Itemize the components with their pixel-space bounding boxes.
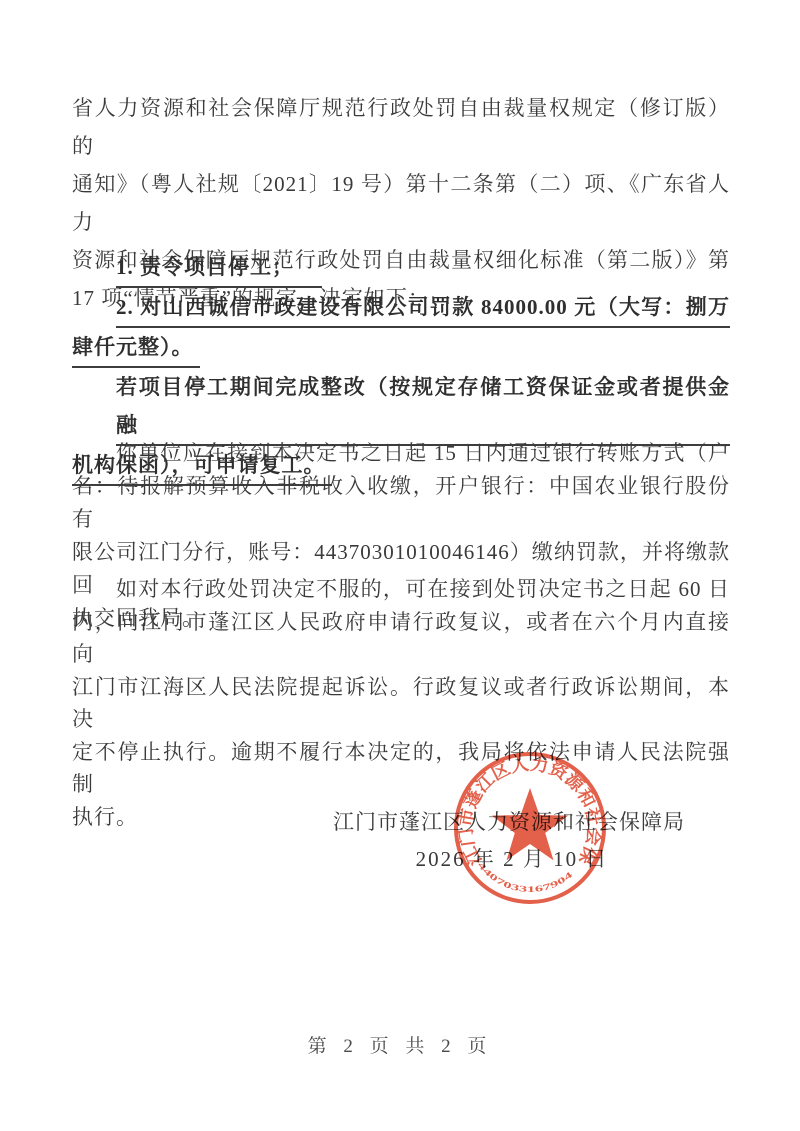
official-seal: 江门市蓬江区人力资源和社会保障局 4407033167904	[440, 738, 620, 918]
seal-star-icon	[492, 788, 568, 860]
body-line: 内，向江门市蓬江区人民政府申请行政复议，或者在六个月内直接向	[72, 606, 730, 671]
body-line: 1. 责令项目停工；	[116, 248, 730, 288]
resume-work-clause: 若项目停工期间完成整改（按规定存储工资保证金或者提供金融	[116, 368, 730, 446]
decision-item-2: 2. 对山西诚信市政建设有限公司罚款 84000.00 元（大写：捌万	[116, 288, 730, 328]
body-line: 如对本行政处罚决定不服的，可在接到处罚决定书之日起 60 日	[72, 573, 730, 606]
body-line: 定不停止执行。逾期不履行本决定的，我局将依法申请人民法院强制	[72, 736, 730, 801]
decision-item-2-cont: 肆仟元整）。	[72, 328, 200, 368]
body-line: 省人力资源和社会保障厅规范行政处罚自由裁量权规定（修订版）的	[72, 89, 730, 165]
body-line: 你单位应在接到本决定书之日起 15 日内通过银行转账方式（户	[72, 437, 730, 470]
page-number: 第 2 页 共 2 页	[0, 1031, 800, 1058]
document-page: 省人力资源和社会保障厅规范行政处罚自由裁量权规定（修订版）的 通知》（粤人社规〔…	[0, 0, 800, 1131]
body-line: 名：待报解预算收入非税收入收缴，开户银行：中国农业银行股份有	[72, 470, 730, 536]
body-line: 通知》（粤人社规〔2021〕19 号）第十二条第（二）项、《广东省人力	[72, 165, 730, 241]
decision-item-1: 1. 责令项目停工；	[116, 248, 322, 288]
body-line: 肆仟元整）。	[72, 328, 730, 368]
body-line: 江门市江海区人民法院提起诉讼。行政复议或者行政诉讼期间，本决	[72, 671, 730, 736]
paragraph-appeal-rights: 如对本行政处罚决定不服的，可在接到处罚决定书之日起 60 日 内，向江门市蓬江区…	[72, 573, 730, 833]
